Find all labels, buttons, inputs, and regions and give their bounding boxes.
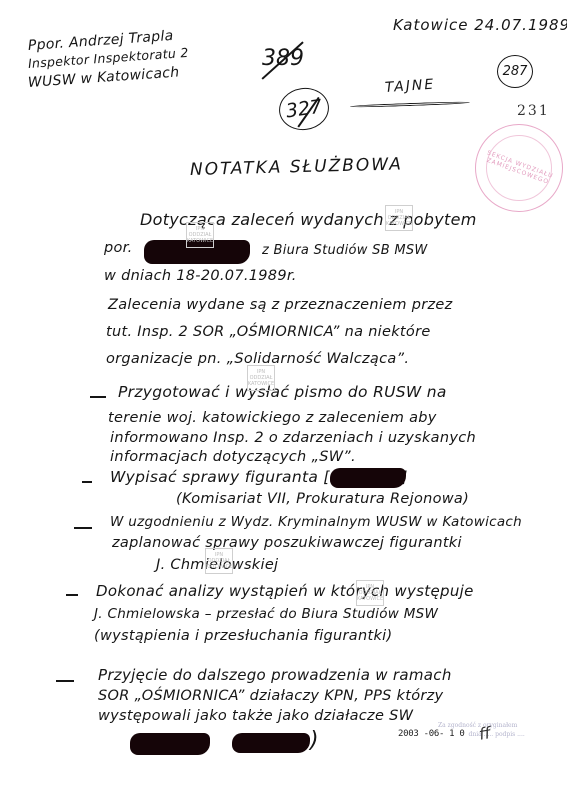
item-2-line-2: (Komisariat VII, Prokuratura Rejonowa): [176, 491, 469, 507]
ipn-mark-text: KATOWICE: [248, 381, 274, 387]
ipn-mark-text: KATOWICE: [386, 221, 412, 227]
ipn-archive-mark: IPN ODDZIAŁ KATOWICE: [186, 222, 214, 248]
ipn-archive-mark: IPN ODDZIAŁ KATOWICE: [247, 365, 275, 391]
list-item-dash: [90, 396, 106, 398]
place-date: Katowice 24.07.1989r.: [393, 16, 567, 34]
ipn-archive-mark: IPN ODDZIAŁ KATOWICE: [385, 205, 413, 231]
archive-stamp-date: 2003 -06- 1 0: [398, 729, 465, 739]
redaction-box: [232, 733, 310, 753]
ipn-mark-text: KATOWICE: [357, 596, 383, 602]
item-5-line-1: Przyjęcie do dalszego prowadzenia w rama…: [98, 666, 452, 684]
redaction-box: [330, 468, 406, 488]
paragraph-line-1: Zalecenia wydane są z przeznaczeniem prz…: [108, 297, 453, 313]
archive-signature: ff: [477, 723, 492, 744]
item-4-line-1: Dokonać analizy wystąpień w których wyst…: [96, 582, 474, 600]
item-5-line-2: SOR „OŚMIORNICA” działaczy KPN, PPS któr…: [98, 688, 443, 704]
classification-underline: [350, 101, 470, 108]
circled-number-left: 327: [276, 85, 331, 134]
classification-label: TAJNE: [384, 77, 435, 96]
archive-stamp-caption: Za zgodność z oryginałem: [438, 722, 548, 729]
item-1-line-3: informowano Insp. 2 o zdarzeniach i uzys…: [110, 430, 476, 446]
list-item-dash: [56, 680, 74, 682]
ipn-mark-text: KATOWICE: [206, 564, 232, 570]
ipn-archive-mark: IPN ODDZIAŁ KATOWICE: [205, 548, 233, 574]
document-title: NOTATKA SŁUŻBOWA: [190, 154, 403, 180]
round-official-stamp: SEKCJA WYDZIAŁU ZAMIEJSCOWEGO: [475, 124, 563, 212]
item-3-line-1: W uzgodnieniu z Wydz. Kryminalnym WUSW w…: [110, 514, 522, 530]
ipn-archive-mark: IPN ODDZIAŁ KATOWICE: [356, 580, 384, 606]
circled-number-right: 287: [497, 55, 533, 88]
closing-bracket: ): [310, 728, 319, 753]
archive-page-number: 231: [517, 103, 550, 119]
item-1-line-4: informacjach dotyczących „SW”.: [110, 449, 356, 465]
circled-number-right-text: 287: [503, 64, 528, 79]
paragraph-line-2: tut. Insp. 2 SOR „OŚMIORNICA” na niektór…: [106, 324, 431, 340]
stamp-text: SEKCJA WYDZIAŁU ZAMIEJSCOWEGO: [464, 113, 567, 223]
list-item-dash: [74, 527, 92, 529]
redaction-box: [130, 733, 210, 755]
intro-line-3: w dniach 18-20.07.1989r.: [104, 268, 297, 284]
archive-certification-stamp: Za zgodność z oryginałem 2003 -06- 1 0 d…: [398, 722, 548, 739]
archive-stamp-signature-label: dnia ..... podpis ....: [469, 731, 525, 738]
list-item-dash: [82, 481, 92, 483]
item-4-line-2: J. Chmielowska – przesłać do Biura Studi…: [94, 606, 438, 622]
intro-line-2-suffix: z Biura Studiów SB MSW: [262, 243, 428, 258]
intro-line-2-prefix: por.: [104, 240, 133, 256]
item-4-line-3: (wystąpienia i przesłuchania figurantki): [94, 628, 392, 644]
item-5-line-3: występowali jako także jako działacze SW: [98, 708, 413, 724]
item-1-line-1: Przygotować i wysłać pismo do RUSW na: [118, 383, 447, 401]
item-1-line-2: terenie woj. katowickiego z zaleceniem a…: [108, 410, 437, 426]
ipn-mark-text: KATOWICE: [187, 238, 213, 244]
list-item-dash: [66, 594, 78, 596]
item-3-line-2: zaplanować sprawy poszukiwawczej figuran…: [112, 535, 462, 551]
